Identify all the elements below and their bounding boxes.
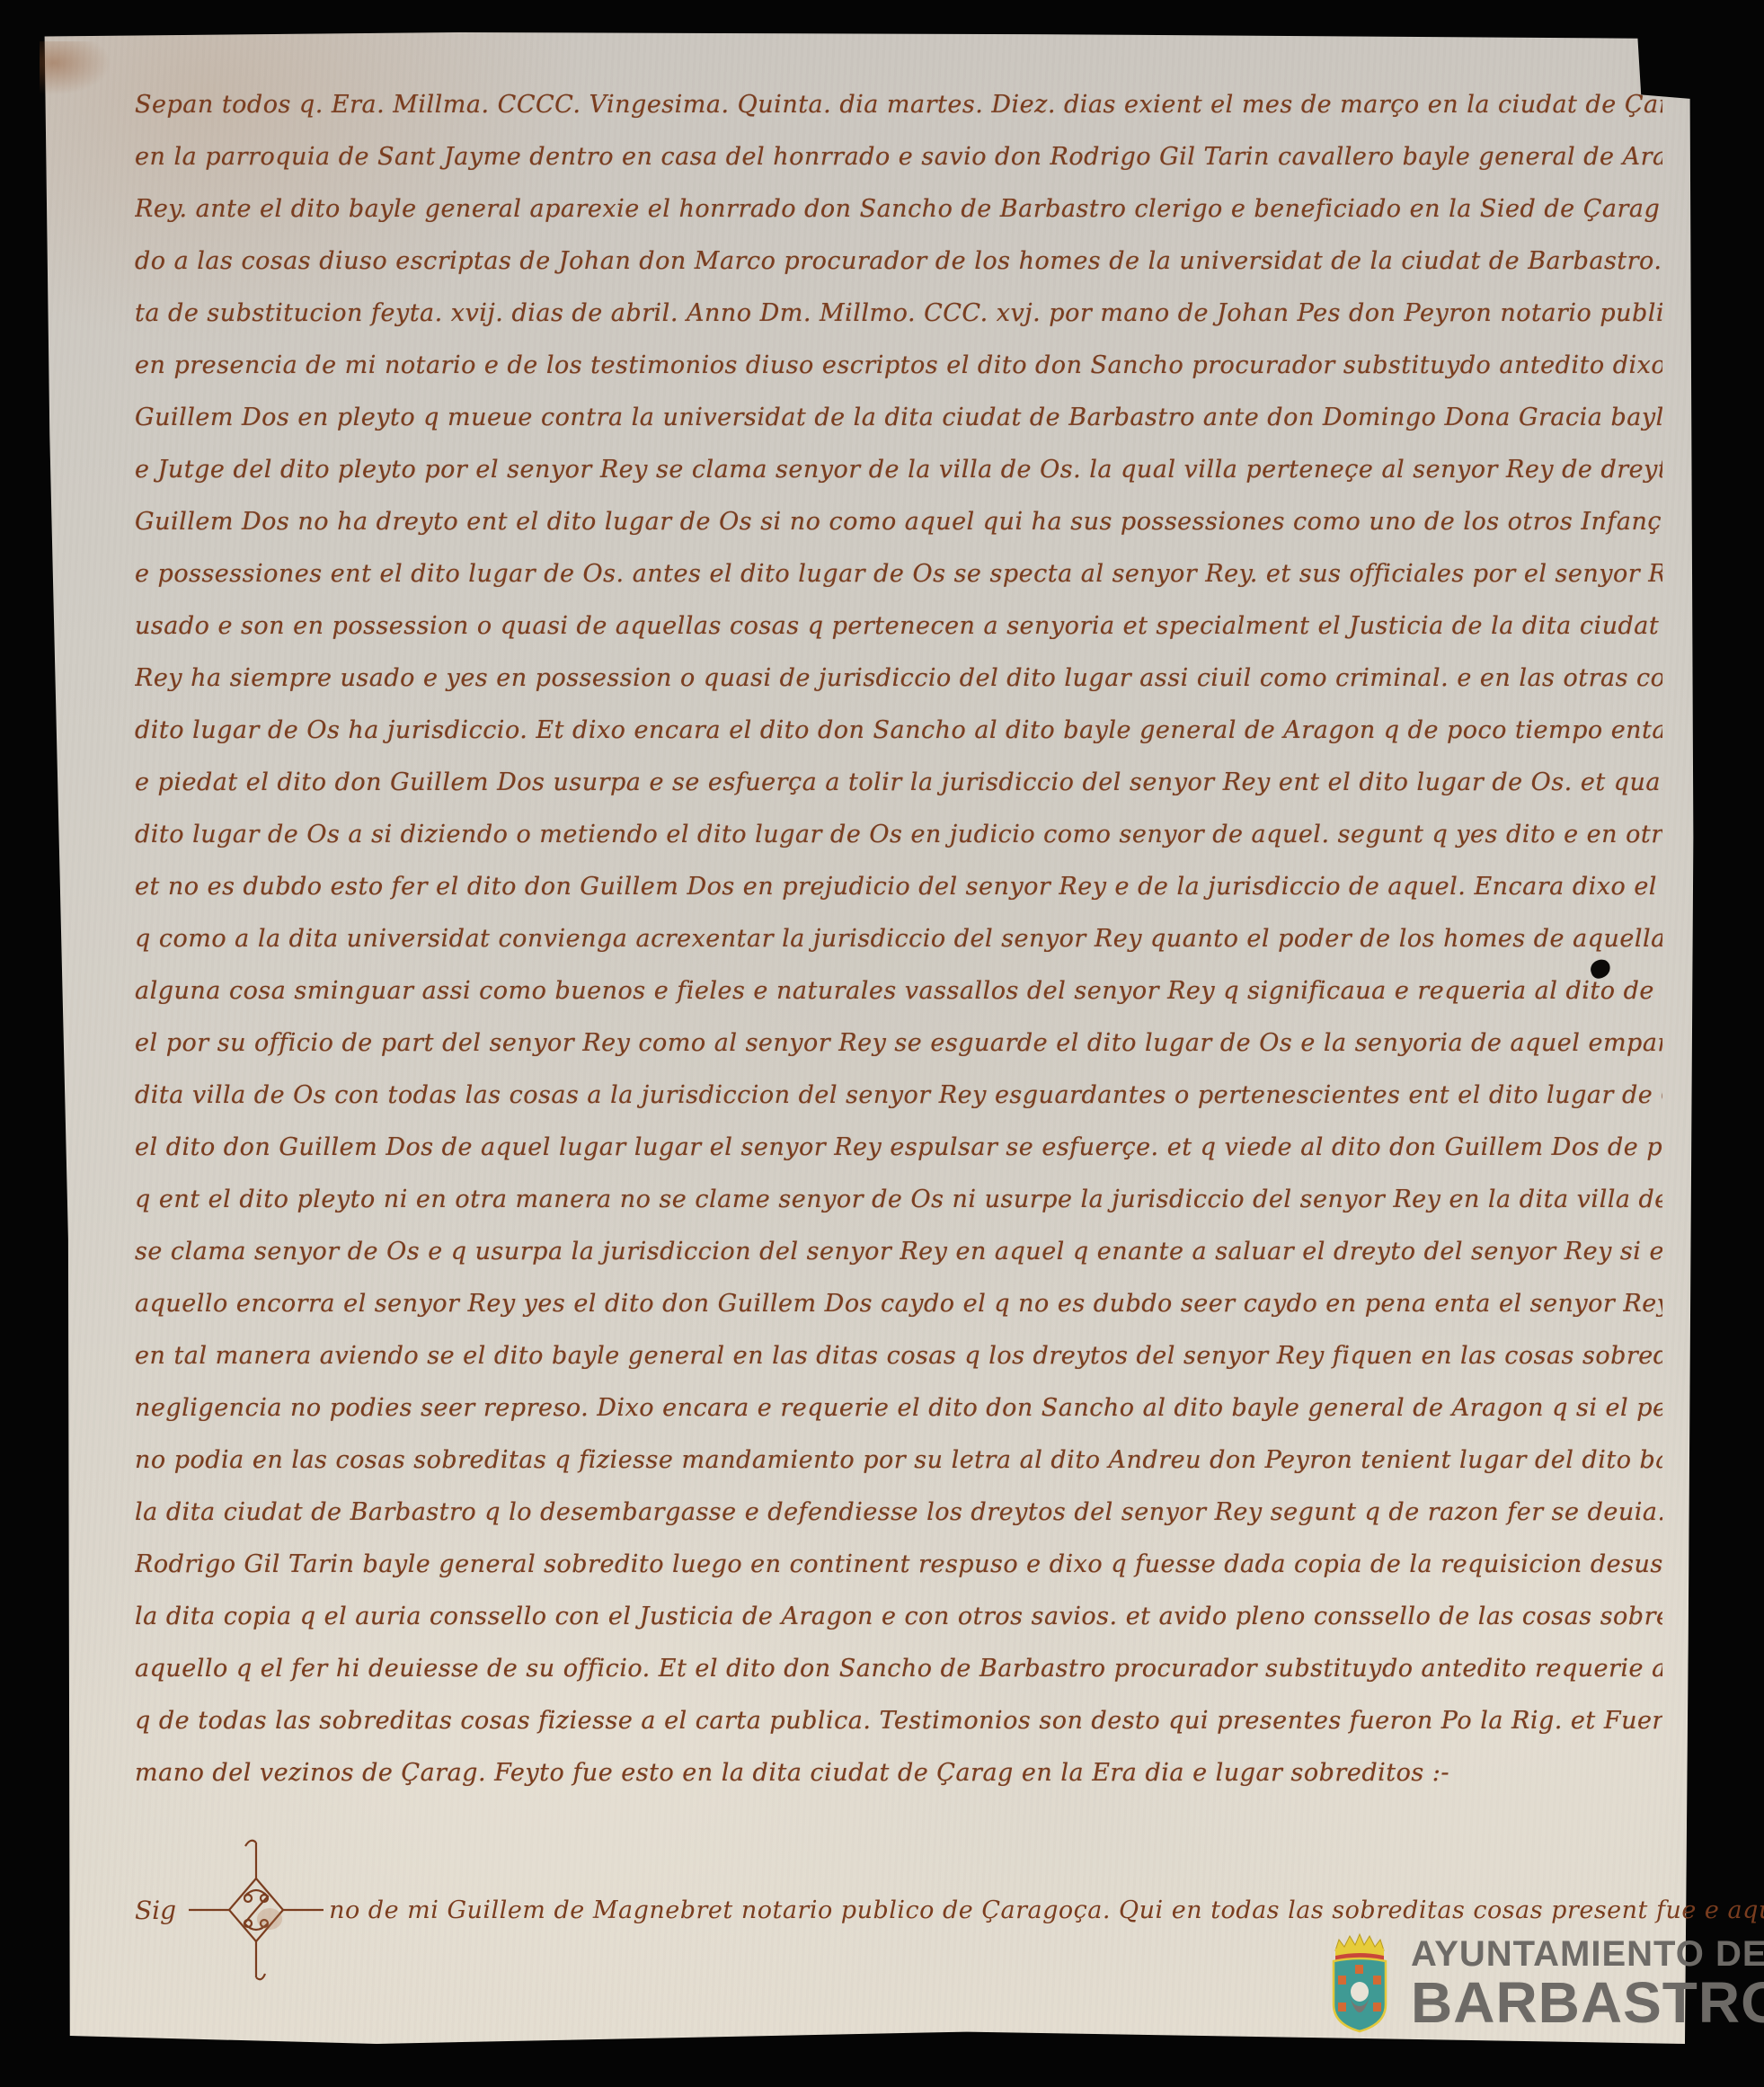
manuscript-line: e piedat el dito don Guillem Dos usurpa …: [135, 757, 1662, 809]
coat-of-arms-icon: [1328, 1931, 1391, 2034]
notary-sign-icon: [189, 1834, 324, 1986]
manuscript-line: la dita ciudat de Barbastro q lo desemba…: [135, 1487, 1662, 1539]
manuscript-line: en presencia de mi notario e de los test…: [135, 340, 1662, 392]
manuscript-line: Guillem Dos en pleyto q mueue contra la …: [135, 392, 1662, 444]
manuscript-line: en tal manera aviendo se el dito bayle g…: [135, 1330, 1662, 1382]
manuscript-line: en la parroquia de Sant Jayme dentro en …: [135, 131, 1662, 183]
manuscript-line: mano del vezinos de Çarag. Feyto fue est…: [135, 1747, 1662, 1799]
manuscript-line: q de todas las sobreditas cosas fiziesse…: [135, 1695, 1662, 1747]
manuscript-line: se clama senyor de Os e q usurpa la juri…: [135, 1226, 1662, 1278]
manuscript-line: Rodrigo Gil Tarin bayle general sobredit…: [135, 1539, 1662, 1591]
manuscript-line: el por su officio de part del senyor Rey…: [135, 1017, 1662, 1070]
manuscript-line: et no es dubdo esto fer el dito don Guil…: [135, 861, 1662, 913]
manuscript-line: ta de substitucion feyta. xvij. dias de …: [135, 288, 1662, 340]
logo-line-ayuntamiento: AYUNTAMIENTO DE: [1411, 1934, 1764, 1974]
manuscript-text: Sepan todos q. Era. Millma. CCCC. Vinges…: [135, 79, 1662, 1799]
manuscript-line: q ent el dito pleyto ni en otra manera n…: [135, 1174, 1662, 1226]
manuscript-line: e possessiones ent el dito lugar de Os. …: [135, 548, 1662, 600]
manuscript-line: dita villa de Os con todas las cosas a l…: [135, 1070, 1662, 1122]
logo-line-barbastro: BARBASTRO: [1411, 1974, 1764, 2031]
manuscript-line: Rey ha siempre usado e yes en possession…: [135, 653, 1662, 705]
corner-stain: [40, 41, 111, 95]
manuscript-line: do a las cosas diuso escriptas de Johan …: [135, 235, 1662, 288]
signature-text: no de mi Guillem de Magnebret notario pu…: [329, 1896, 1764, 1924]
manuscript-line: usado e son en possession o quasi de aqu…: [135, 600, 1662, 653]
manuscript-line: dito lugar de Os a si diziendo o metiend…: [135, 809, 1662, 861]
manuscript-line: no podia en las cosas sobreditas q fizie…: [135, 1434, 1662, 1487]
manuscript-line: dito lugar de Os ha jurisdiccio. Et dixo…: [135, 705, 1662, 757]
manuscript-line: e Jutge del dito pleyto por el senyor Re…: [135, 444, 1662, 496]
manuscript-line: negligencia no podies seer represo. Dixo…: [135, 1382, 1662, 1434]
manuscript-line: Rey. ante el dito bayle general aparexie…: [135, 183, 1662, 235]
manuscript-line: el dito don Guillem Dos de aquel lugar l…: [135, 1122, 1662, 1174]
manuscript-line: la dita copia q el auria conssello con e…: [135, 1591, 1662, 1643]
signature-label: Sig: [135, 1896, 176, 1925]
manuscript-line: aquello q el fer hi deuiesse de su offic…: [135, 1643, 1662, 1695]
manuscript-line: Sepan todos q. Era. Millma. CCCC. Vinges…: [135, 79, 1662, 131]
ayuntamiento-logo: AYUNTAMIENTO DE BARBASTRO: [1328, 1931, 1764, 2034]
manuscript-line: alguna cosa sminguar assi como buenos e …: [135, 965, 1662, 1017]
manuscript-line: Guillem Dos no ha dreyto ent el dito lug…: [135, 496, 1662, 548]
logo-text: AYUNTAMIENTO DE BARBASTRO: [1411, 1934, 1764, 2031]
notary-signature: Sig no de mi Guillem de Magnebret notari…: [135, 1883, 1764, 1937]
manuscript-line: aquello encorra el senyor Rey yes el dit…: [135, 1278, 1662, 1330]
manuscript-line: q como a la dita universidat convienga a…: [135, 913, 1662, 965]
